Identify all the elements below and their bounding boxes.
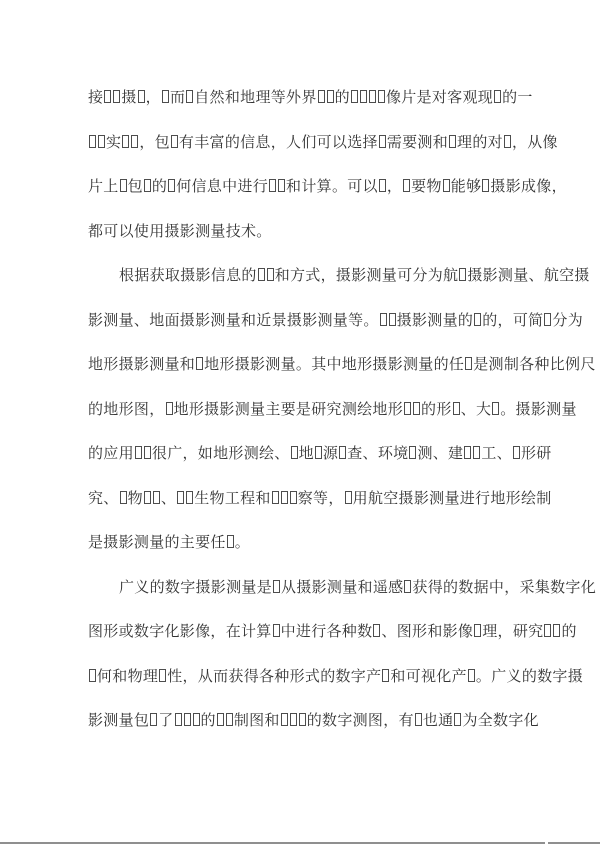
missing-glyph-box xyxy=(162,90,169,103)
text-line: 究、物、生物工程和察等，用航空摄影测量进行地形绘制 xyxy=(88,489,548,534)
missing-glyph-box xyxy=(544,313,551,326)
missing-glyph-box xyxy=(227,535,234,548)
text-line: 的地形图，地形摄影测量主要是研究测绘地形的形、大。摄影测量 xyxy=(88,400,548,445)
missing-glyph-box xyxy=(291,446,298,459)
text-line: 根据获取摄影信息的和方式，摄影测量可分为航摄影测量、航空摄 xyxy=(88,266,548,311)
text-line: 的应用很广，如地形测绘、地源查、环境测、建工、形研 xyxy=(88,444,548,489)
missing-glyph-box xyxy=(177,491,184,504)
missing-glyph-box xyxy=(281,491,288,504)
missing-glyph-box xyxy=(404,580,411,593)
missing-glyph-box xyxy=(403,179,410,192)
text-line: 图形或数字化影像，在计算中进行各种数、图形和影像理，研究的 xyxy=(88,622,548,667)
missing-glyph-box xyxy=(269,179,276,192)
missing-glyph-box xyxy=(443,179,450,192)
text-line: 片上包的何信息中进行和计算。可以，要物能够摄影成像， xyxy=(88,177,548,222)
missing-glyph-box xyxy=(360,90,367,103)
missing-glyph-box xyxy=(315,446,322,459)
missing-glyph-box xyxy=(166,402,173,415)
missing-glyph-box xyxy=(404,402,411,415)
missing-glyph-box xyxy=(186,491,193,504)
missing-glyph-box xyxy=(290,491,297,504)
missing-glyph-box xyxy=(159,669,166,682)
missing-glyph-box xyxy=(281,713,288,726)
missing-glyph-box xyxy=(113,90,120,103)
missing-glyph-box xyxy=(369,90,376,103)
missing-glyph-box xyxy=(138,90,145,103)
missing-glyph-box xyxy=(299,713,306,726)
missing-glyph-box xyxy=(120,491,127,504)
missing-glyph-box xyxy=(120,179,127,192)
missing-glyph-box xyxy=(104,90,111,103)
text-line: 影测量、地面摄影测量和近景摄影测量等。摄影测量的的，可简分为 xyxy=(88,311,548,356)
missing-glyph-box xyxy=(175,713,182,726)
missing-glyph-box xyxy=(193,713,200,726)
missing-glyph-box xyxy=(409,446,416,459)
missing-glyph-box xyxy=(453,402,460,415)
missing-glyph-box xyxy=(382,669,389,682)
missing-glyph-box xyxy=(171,135,178,148)
missing-glyph-box xyxy=(144,179,151,192)
missing-glyph-box xyxy=(345,491,352,504)
missing-glyph-box xyxy=(389,313,396,326)
missing-glyph-box xyxy=(464,446,471,459)
missing-glyph-box xyxy=(459,268,466,281)
missing-glyph-box xyxy=(351,90,358,103)
missing-glyph-box xyxy=(122,135,129,148)
missing-glyph-box xyxy=(196,357,203,370)
missing-glyph-box xyxy=(98,135,105,148)
missing-glyph-box xyxy=(492,402,499,415)
missing-glyph-box xyxy=(513,446,520,459)
page-bottom-divider-right xyxy=(548,842,600,844)
missing-glyph-box xyxy=(373,624,380,637)
missing-glyph-box xyxy=(415,713,422,726)
missing-glyph-box xyxy=(89,669,96,682)
missing-glyph-box xyxy=(272,491,279,504)
missing-glyph-box xyxy=(89,135,96,148)
missing-glyph-box xyxy=(379,179,386,192)
text-line: 是摄影测量的主要任。 xyxy=(88,533,548,578)
missing-glyph-box xyxy=(168,179,175,192)
missing-glyph-box xyxy=(379,135,386,148)
missing-glyph-box xyxy=(135,446,142,459)
missing-glyph-box xyxy=(473,446,480,459)
missing-glyph-box xyxy=(449,135,456,148)
missing-glyph-box xyxy=(131,135,138,148)
missing-glyph-box xyxy=(494,90,501,103)
missing-glyph-box xyxy=(273,624,280,637)
missing-glyph-box xyxy=(150,713,157,726)
text-line: 地形摄影测量和地形摄影测量。其中地形摄影测量的任是测制各种比例尺 xyxy=(88,355,548,400)
missing-glyph-box xyxy=(186,90,193,103)
missing-glyph-box xyxy=(258,268,265,281)
missing-glyph-box xyxy=(454,713,461,726)
missing-glyph-box xyxy=(553,624,560,637)
missing-glyph-box xyxy=(226,713,233,726)
missing-glyph-box xyxy=(482,179,489,192)
missing-glyph-box xyxy=(267,268,274,281)
document-page: 接摄，而自然和地理等外界的像片是对客观现的一实，包有丰富的信息，人们可以选择需要… xyxy=(0,0,600,851)
missing-glyph-box xyxy=(413,402,420,415)
missing-glyph-box xyxy=(318,90,325,103)
text-line: 广义的数字摄影测量是从摄影测量和遥感获得的数据中，采集数字化 xyxy=(88,578,548,623)
missing-glyph-box xyxy=(153,491,160,504)
missing-glyph-box xyxy=(378,90,385,103)
page-bottom-divider-left xyxy=(0,842,545,844)
text-line: 何和物理性，从而获得各种形式的数字产和可视化产。广义的数字摄 xyxy=(88,667,548,712)
text-block: 接摄，而自然和地理等外界的像片是对客观现的一实，包有丰富的信息，人们可以选择需要… xyxy=(88,88,548,756)
missing-glyph-box xyxy=(474,313,481,326)
missing-glyph-box xyxy=(474,624,481,637)
missing-glyph-box xyxy=(327,90,334,103)
missing-glyph-box xyxy=(468,669,475,682)
text-line: 影测量包了的制图和的数字测图，有也通为全数字化 xyxy=(88,711,548,756)
text-line: 接摄，而自然和地理等外界的像片是对客观现的一 xyxy=(88,88,548,133)
missing-glyph-box xyxy=(380,313,387,326)
missing-glyph-box xyxy=(144,446,151,459)
missing-glyph-box xyxy=(339,446,346,459)
missing-glyph-box xyxy=(290,713,297,726)
missing-glyph-box xyxy=(184,713,191,726)
missing-glyph-box xyxy=(144,491,151,504)
missing-glyph-box xyxy=(544,624,551,637)
missing-glyph-box xyxy=(504,135,511,148)
missing-glyph-box xyxy=(273,580,280,593)
missing-glyph-box xyxy=(278,179,285,192)
missing-glyph-box xyxy=(217,713,224,726)
text-line: 都可以使用摄影测量技术。 xyxy=(88,222,548,267)
missing-glyph-box xyxy=(465,357,472,370)
text-line: 实，包有丰富的信息，人们可以选择需要测和理的对，从像 xyxy=(88,133,548,178)
